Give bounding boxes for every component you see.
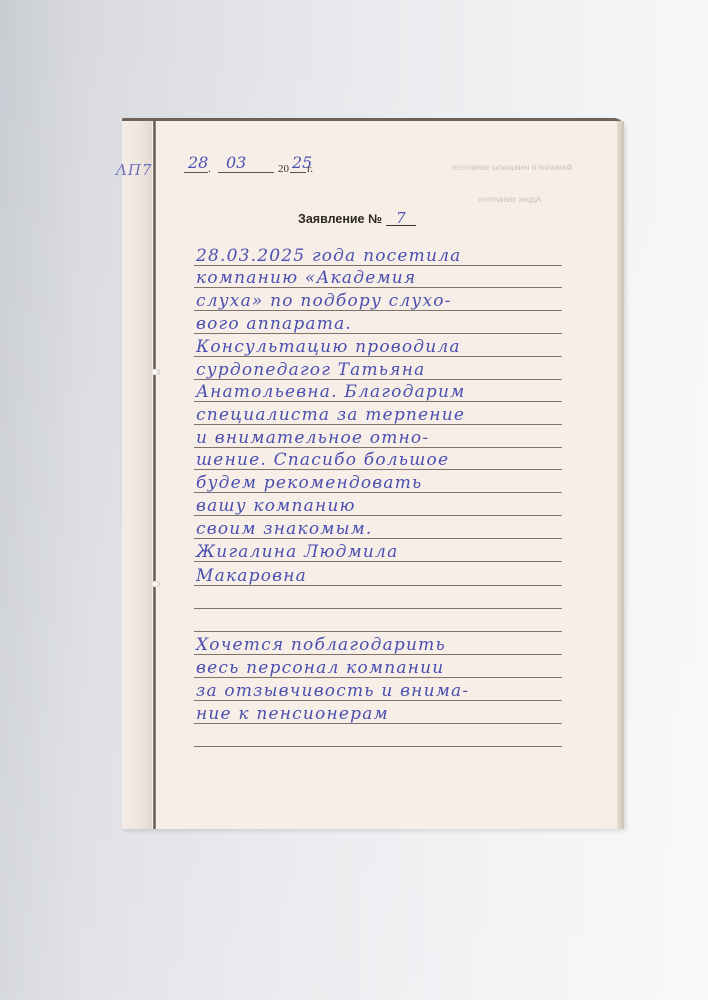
left-page-edge: ΛΠ7 <box>122 121 152 829</box>
handwritten-line: Анатольевна. Благодарим <box>196 382 576 402</box>
margin-note: ΛΠ7 <box>116 161 152 179</box>
handwritten-line: и внимательное отно- <box>196 428 576 448</box>
date-year-marker: г. <box>307 163 313 175</box>
date-century: 20 <box>278 163 289 175</box>
handwritten-line: слуха» по подбору слухо- <box>196 291 576 311</box>
handwritten-line: Хочется поблагодарить <box>196 635 576 655</box>
ruled-line <box>194 746 562 747</box>
bleed-through-text: Адрес заявителя <box>478 195 541 204</box>
staple-top <box>150 369 160 375</box>
handwritten-line: 28.03.2025 года посетила <box>196 246 576 266</box>
handwritten-line: сурдопедагог Татьяна <box>196 360 576 380</box>
date-year-underline <box>290 172 306 173</box>
date-month-underline <box>218 172 274 173</box>
handwritten-line: Жигалина Людмила <box>196 542 576 562</box>
date-month: 03 <box>226 153 246 172</box>
date-day: 28 <box>188 153 208 172</box>
handwritten-line: ние к пенсионерам <box>196 704 576 724</box>
ruled-line <box>194 608 562 609</box>
handwritten-line: вашу компанию <box>196 496 576 516</box>
binding-spine <box>153 121 156 829</box>
page-title: Заявление №7 <box>298 211 416 226</box>
bleed-through-text: Фамилия и инициалы заявителя <box>452 163 572 172</box>
handwritten-line: компанию «Академия <box>196 268 576 288</box>
ruled-line <box>194 631 562 632</box>
handwritten-line: Консультацию проводила <box>196 337 576 357</box>
handwritten-line: специалиста за терпение <box>196 405 576 425</box>
date-separator: . <box>208 163 211 175</box>
handwritten-line: за отзывчивость и внима- <box>196 681 576 701</box>
handwritten-line: вого аппарата. <box>196 314 576 334</box>
handwritten-line: будем рекомендовать <box>196 473 576 493</box>
handwritten-line: своим знакомым. <box>196 519 576 539</box>
handwritten-line: Макаровна <box>196 566 576 586</box>
title-label: Заявление № <box>298 212 382 226</box>
staple-bottom <box>150 581 160 587</box>
date-day-underline <box>184 172 208 173</box>
right-page-edge <box>617 121 624 829</box>
date-field: 28 . 03 20 25 г. <box>184 153 384 177</box>
handwritten-line: весь персонал компании <box>196 658 576 678</box>
complaint-book-page: ΛΠ7 Фамилия и инициалы заявителя Адрес з… <box>122 118 624 829</box>
statement-number: 7 <box>386 211 416 226</box>
handwritten-line: шение. Спасибо большое <box>196 450 576 470</box>
